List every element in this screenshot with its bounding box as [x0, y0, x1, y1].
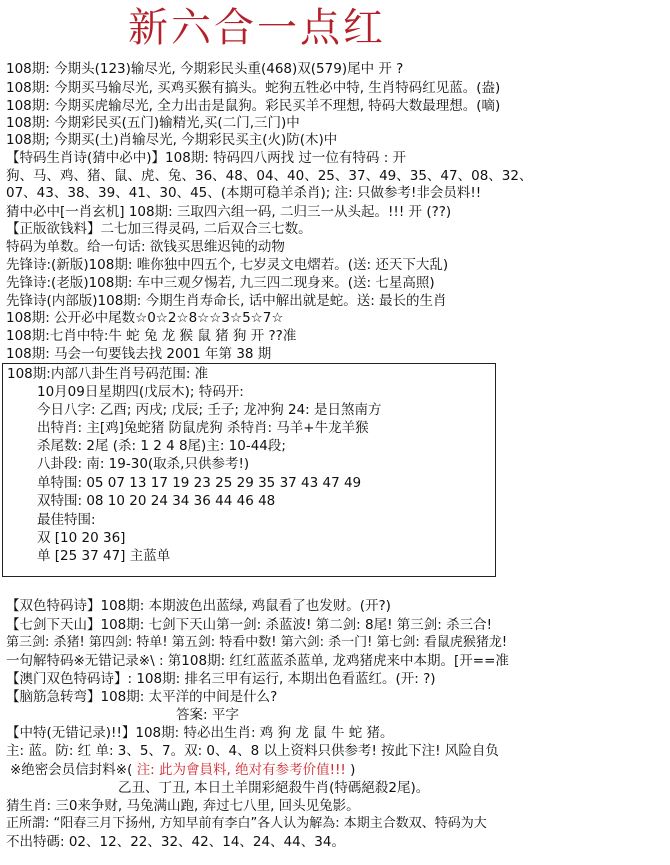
text-line: 【双色特码诗】108期: 本期波色出蓝绿, 鸡鼠看了也发财。(开?)	[6, 597, 391, 615]
text-line: 108期:七肖中特:牛 蛇 兔 龙 猴 鼠 猪 狗 开 ??准	[6, 327, 296, 345]
text-line: 07、43、38、39、41、30、45、(本期可稳羊杀肖); 注: 只做参考!…	[6, 184, 481, 202]
text-line: 【脑筋急转弯】108期: 太平洋的中间是什么?	[6, 688, 277, 706]
box-line: 单 [25 37 47] 主蓝单	[37, 547, 170, 565]
box-line: 双特围: 08 10 20 24 34 36 44 46 48	[37, 492, 275, 510]
member-suffix: )	[350, 762, 355, 778]
text-line: 【中特(无错记录)!!】108期: 特必出生肖: 鸡 狗 龙 鼠 牛 蛇 猪。	[6, 724, 394, 742]
box-header: 108期:内部八卦生肖号码范围: 准	[7, 365, 208, 383]
member-line: ※绝密会员信封料※( 注: 此为會員料, 绝对有参考价值!!! )	[10, 761, 355, 779]
box-line: 出特肖: 主[鸡]兔蛇猪 防鼠虎狗 杀特肖: 马羊+牛龙羊猴	[37, 419, 369, 437]
box-line: 八卦段: 南: 19-30(取杀,只供参考!)	[37, 455, 249, 473]
text-line: 第三剑: 杀猪! 第四剑: 特单! 第五剑: 特看中数! 第六剑: 杀一门! 第…	[6, 634, 507, 652]
bagua-range-box: 108期:内部八卦生肖号码范围: 准 10月09日星期四(戊辰木); 特码开: …	[2, 363, 496, 577]
box-line: 最佳特围:	[37, 511, 96, 529]
text-line: 【正版欲钱料】二七加三得灵码, 二后双合三七数。	[6, 220, 312, 238]
text-line: 108期: 今期买虎输尽光, 全力出击是鼠狗。彩民买羊不理想, 特码大数最理想。…	[6, 97, 500, 115]
text-line: 狗、马、鸡、猪、鼠、虎、兔、36、48、04、40、25、37、49、35、47…	[6, 167, 532, 185]
member-prefix: ※绝密会员信封料※(	[10, 762, 132, 778]
text-line: 【澳门双色特码诗】: 108期: 排名三甲有运行, 本期出色看蓝红。(开: ?)	[6, 670, 436, 688]
text-line: 猜中必中[一肖玄机] 108期: 三取四六组一码, 二归三一从头起。!!! 开 …	[6, 203, 451, 221]
text-line: 特码为单数。给一句话: 欲钱买思维迟钝的动物	[6, 238, 285, 256]
text-line: 正所謂: “阳春三月下扬州, 方知早前有李白”各人认为解為: 本期主合数双、特码…	[6, 815, 487, 833]
box-line: 杀尾数: 2尾 (杀: 1 2 4 8尾)主: 10-44段;	[37, 437, 286, 455]
text-line: 一句解特码※无错记录※\ : 第108期: 红红蓝蓝杀蓝单, 龙鸡猪虎来中本期。…	[6, 652, 509, 670]
text-line: 108期: 今期彩民买(五门)输精光,买(二门,三门)中	[6, 114, 300, 132]
text-line: 乙丑、丁丑, 本日土羊開彩絕殺牛肖(特碼絕殺2尾)。	[118, 779, 429, 797]
text-line: 【七剑下天山】108期: 七剑下天山第一剑: 杀蓝波! 第二剑: 8尾! 第三剑…	[6, 616, 492, 634]
text-line: 不出特碼: 02、12、22、32、42、14、24、44、34。	[6, 833, 345, 851]
text-line: 先锋诗(内部版)108期: 今期生肖寿命长, 话中解出就是蛇。送: 最长的生肖	[6, 292, 447, 310]
box-line: 双 [10 20 36]	[37, 529, 125, 547]
text-line: 先锋诗:(老版)108期: 车中三观夕惕若, 九三四二现身来。(送: 七星高照)	[6, 274, 435, 292]
text-line: 主: 蓝。防: 红 单: 3、5、7。双: 0、4、8 以上资料只供参考! 按此…	[6, 742, 499, 760]
answer-line: 答案: 平字	[176, 706, 239, 724]
box-line: 10月09日星期四(戊辰木); 特码开:	[37, 383, 244, 401]
text-line: 【特码生肖诗(猜中必中)】108期: 特码四八两找 过一位有特码 : 开	[6, 149, 406, 167]
text-line: 108期: 今期买马输尽光, 买鸡买猴有搞头。蛇狗五牲必中特, 生肖特码红见蓝。…	[6, 79, 500, 97]
page-title: 新六合一点红	[128, 2, 386, 54]
text-line: 108期: 马会一句要钱去找 2001 年第 38 期	[6, 345, 271, 363]
box-line: 今日八字: 乙酉; 丙戌; 戊辰; 壬子; 龙冲狗 24: 是日煞南方	[37, 401, 382, 419]
text-line: 108期: 今期头(123)输尽光, 今期彩民头重(468)双(579)尾中 开…	[6, 60, 403, 78]
text-line: 108期; 今期买(土)肖输尽光, 今期彩民买主(火)防(木)中	[6, 131, 337, 149]
box-line: 单特围: 05 07 13 17 19 23 25 29 35 37 43 47…	[37, 474, 361, 492]
text-line: 猜生肖: 三0来争财, 马兔满山跑, 奔过七八里, 回头见兔影。	[6, 797, 360, 815]
member-note: 注: 此为會員料, 绝对有参考价值!!!	[137, 762, 346, 778]
text-line: 108期: 公开必中尾数☆0☆2☆8☆☆3☆5☆7☆	[6, 309, 283, 327]
text-line: 先锋诗:(新版)108期: 唯你独中四五个, 七岁灵文电熠若。(送: 还天下大乱…	[6, 256, 448, 274]
